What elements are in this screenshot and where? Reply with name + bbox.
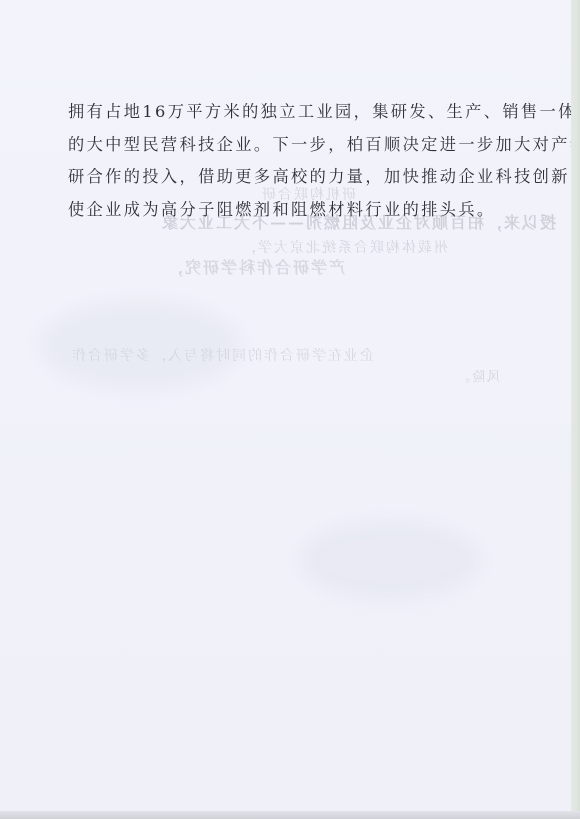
bleed-through-text: 企业在学研合作的同时将与入，多学研合作 [70, 345, 374, 365]
body-paragraph: 拥有占地16万平方米的独立工业园，集研发、生产、销售一体 的大中型民营科技企业。… [68, 96, 528, 226]
paragraph-line: 研合作的投入，借助更多高校的力量，加快推动企业科技创新， [68, 161, 528, 194]
bleed-through-text: 风险。 [455, 366, 500, 385]
scan-smudge [300, 520, 480, 600]
scanner-edge-bottom [0, 811, 580, 819]
scanner-edge-right [571, 0, 580, 819]
paragraph-line: 使企业成为高分子阻燃剂和阻燃材料行业的排头兵。 [68, 194, 528, 227]
scanned-page: 研机构联合研 授以来，柏百顺对企业及阻燃剂——不大工业大象 州载体构联合系统北京… [0, 0, 580, 819]
bleed-through-text: 州载体构联合系统北京大学， [240, 237, 448, 257]
paragraph-line: 的大中型民营科技企业。下一步，柏百顺决定进一步加大对产学 [68, 129, 528, 162]
paragraph-line: 拥有占地16万平方米的独立工业园，集研发、生产、销售一体 [68, 96, 528, 129]
bleed-through-text: 产学研合作科学研究， [165, 255, 345, 278]
paper-sheet: 研机构联合研 授以来，柏百顺对企业及阻燃剂——不大工业大象 州载体构联合系统北京… [0, 0, 571, 811]
